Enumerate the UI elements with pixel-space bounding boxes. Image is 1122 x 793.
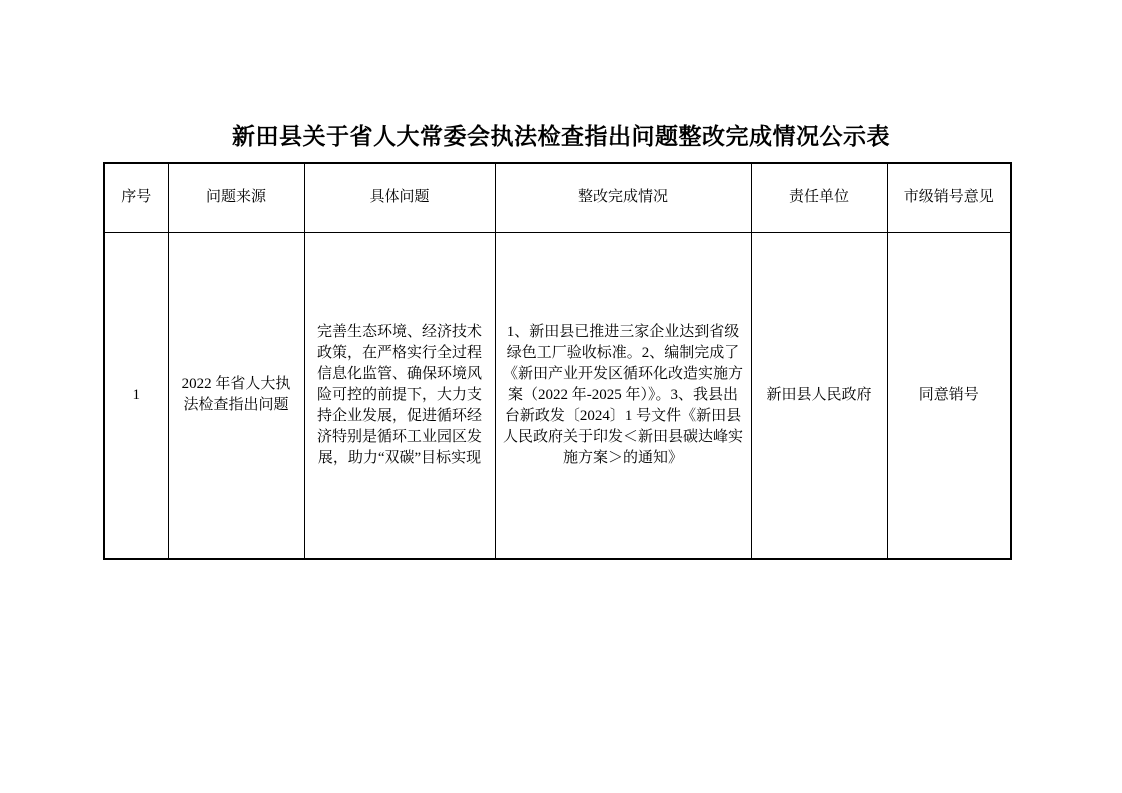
table-row: 1 2022 年省人大执法检查指出问题 完善生态环境、经济技术政策，在严格实行全… [104,232,1011,559]
header-cell-problem: 具体问题 [304,163,495,232]
header-cell-opinion: 市级销号意见 [887,163,1011,232]
header-cell-unit: 责任单位 [751,163,887,232]
rectification-table: 序号 问题来源 具体问题 整改完成情况 责任单位 市级销号意见 1 2022 年… [103,162,1012,560]
header-cell-completion: 整改完成情况 [495,163,751,232]
header-cell-source: 问题来源 [168,163,304,232]
cell-problem: 完善生态环境、经济技术政策，在严格实行全过程信息化监管、确保环境风险可控的前提下… [304,232,495,559]
page-title: 新田县关于省人大常委会执法检查指出问题整改完成情况公示表 [0,125,1122,149]
cell-seq: 1 [104,232,168,559]
cell-source: 2022 年省人大执法检查指出问题 [168,232,304,559]
cell-unit: 新田县人民政府 [751,232,887,559]
cell-completion: 1、新田县已推进三家企业达到省级绿色工厂验收标准。2、编制完成了《新田产业开发区… [495,232,751,559]
cell-opinion: 同意销号 [887,232,1011,559]
table-header-row: 序号 问题来源 具体问题 整改完成情况 责任单位 市级销号意见 [104,163,1011,232]
header-cell-seq: 序号 [104,163,168,232]
